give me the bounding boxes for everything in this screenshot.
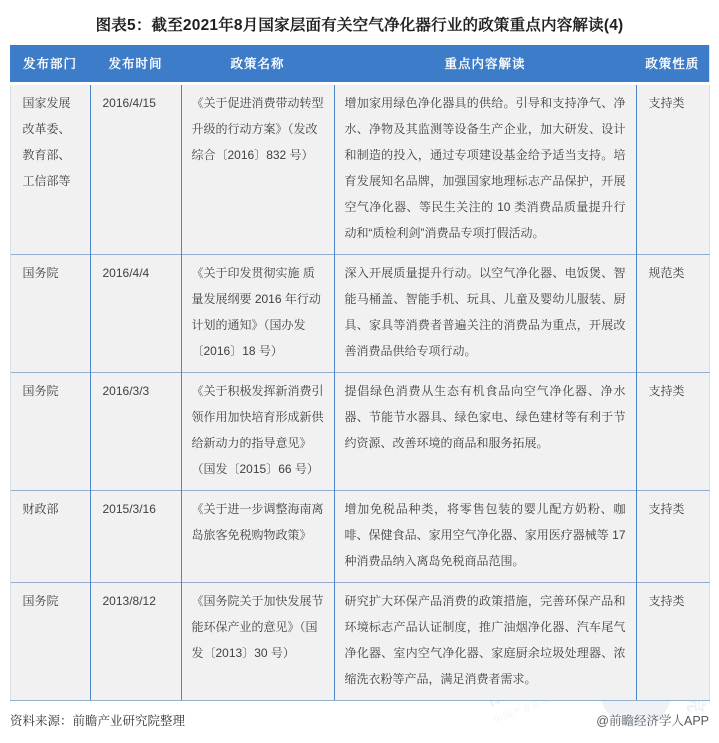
cell-nature: 支持类 bbox=[636, 582, 709, 700]
column-header-dept: 发布部门 bbox=[10, 45, 90, 83]
cell-policy-name: 《关于进一步调整海南离岛旅客免税购物政策》 bbox=[181, 490, 334, 582]
cell-policy-name: 《关于积极发挥新消费引领作用加快培育形成新供给新动力的指导意见》（国发〔2015… bbox=[181, 372, 334, 490]
cell-content: 增加免税品种类，将零售包装的婴儿配方奶粉、咖啡、保健食品、家用空气净化器、家用医… bbox=[334, 490, 636, 582]
cell-policy-name: 《关于促进消费带动转型升级的行动方案》（发改综合〔2016〕832 号） bbox=[181, 83, 334, 254]
column-header-nature: 政策性质 bbox=[636, 45, 709, 83]
report-page: 前瞻产业研究院 中国产业咨询领导者(股票:839599) 前瞻产业研究院 中国产… bbox=[0, 0, 719, 743]
cell-content: 深入开展质量提升行动。以空气净化器、电饭煲、智能马桶盖、智能手机、玩具、儿童及婴… bbox=[334, 254, 636, 372]
cell-dept: 国家发展改革委、教育部、工信部等 bbox=[10, 83, 90, 254]
cell-dept: 国务院 bbox=[10, 372, 90, 490]
table-row: 国务院 2016/3/3 《关于积极发挥新消费引领作用加快培育形成新供给新动力的… bbox=[10, 372, 709, 490]
cell-dept: 国务院 bbox=[10, 254, 90, 372]
brand-credit-label: @前瞻经济学人APP bbox=[596, 711, 709, 729]
cell-dept: 财政部 bbox=[10, 490, 90, 582]
cell-dept: 国务院 bbox=[10, 582, 90, 700]
page-title: 图表5：截至2021年8月国家层面有关空气净化器行业的政策重点内容解读(4) bbox=[0, 0, 719, 35]
cell-content: 研究扩大环保产品消费的政策措施，完善环保产品和环境标志产品认证制度，推广油烟净化… bbox=[334, 582, 636, 700]
cell-date: 2016/4/4 bbox=[90, 254, 181, 372]
cell-content: 提倡绿色消费从生态有机食品向空气净化器、净水器、节能节水器具、绿色家电、绿色建材… bbox=[334, 372, 636, 490]
data-source-label: 资料来源：前瞻产业研究院整理 bbox=[10, 711, 185, 729]
cell-date: 2016/3/3 bbox=[90, 372, 181, 490]
table-row: 国务院 2016/4/4 《关于印发贯彻实施 质量发展纲要 2016 年行动计划… bbox=[10, 254, 709, 372]
cell-policy-name: 《关于印发贯彻实施 质量发展纲要 2016 年行动计划的通知》（国办发〔2016… bbox=[181, 254, 334, 372]
policy-table: 发布部门 发布时间 政策名称 重点内容解读 政策性质 国家发展改革委、教育部、工… bbox=[10, 45, 710, 701]
cell-date: 2013/8/12 bbox=[90, 582, 181, 700]
cell-date: 2015/3/16 bbox=[90, 490, 181, 582]
table-row: 国务院 2013/8/12 《国务院关于加快发展节能环保产业的意见》（国发〔20… bbox=[10, 582, 709, 700]
cell-nature: 支持类 bbox=[636, 372, 709, 490]
cell-nature: 规范类 bbox=[636, 254, 709, 372]
cell-content: 增加家用绿色净化器具的供给。引导和支持净气、净水、净物及其监测等设备生产企业，加… bbox=[334, 83, 636, 254]
column-header-content: 重点内容解读 bbox=[334, 45, 636, 83]
cell-date: 2016/4/15 bbox=[90, 83, 181, 254]
column-header-date: 发布时间 bbox=[90, 45, 181, 83]
cell-nature: 支持类 bbox=[636, 83, 709, 254]
column-header-policy: 政策名称 bbox=[181, 45, 334, 83]
table-row: 国家发展改革委、教育部、工信部等 2016/4/15 《关于促进消费带动转型升级… bbox=[10, 83, 709, 254]
cell-policy-name: 《国务院关于加快发展节能环保产业的意见》（国发〔2013〕30 号） bbox=[181, 582, 334, 700]
footer: 资料来源：前瞻产业研究院整理 @前瞻经济学人APP bbox=[10, 711, 709, 729]
table-header-row: 发布部门 发布时间 政策名称 重点内容解读 政策性质 bbox=[10, 45, 709, 83]
cell-nature: 支持类 bbox=[636, 490, 709, 582]
table-row: 财政部 2015/3/16 《关于进一步调整海南离岛旅客免税购物政策》 增加免税… bbox=[10, 490, 709, 582]
